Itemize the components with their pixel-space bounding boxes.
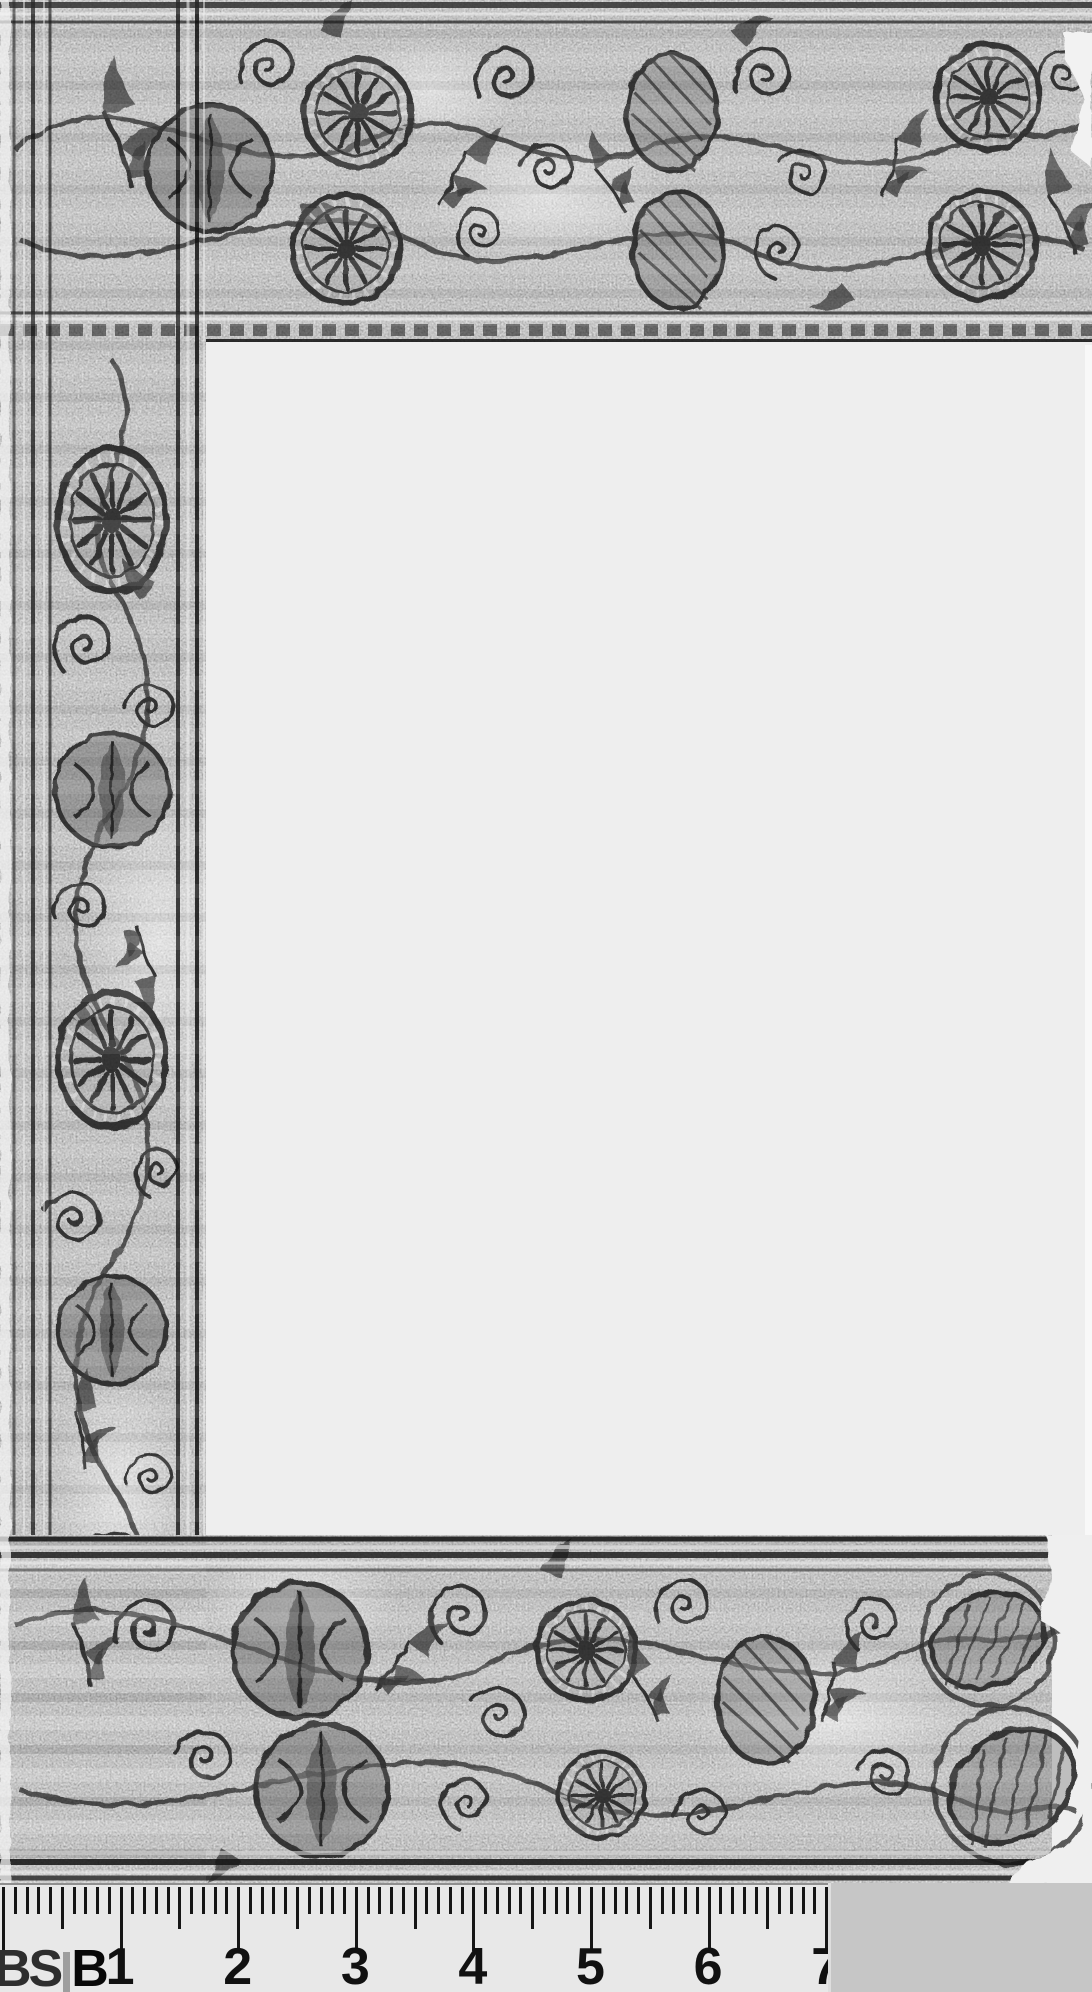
ruler-numbers: 1234567 [0, 1885, 828, 1992]
ruler-number: 3 [341, 1941, 369, 1992]
page-right-edge [1085, 345, 1092, 1535]
blank-page-panel [206, 342, 1092, 1535]
scanner-backdrop [828, 1883, 1092, 1992]
measurement-ruler: BS B 1234567 [0, 1883, 828, 1992]
scanned-page: BS B 1234567 [0, 0, 1092, 1992]
ruler-number: 2 [223, 1941, 251, 1992]
ruler-number: 4 [458, 1941, 486, 1992]
ruler-number: 5 [576, 1941, 604, 1992]
ruler-number: 7 [811, 1941, 828, 1992]
ruler-number: 1 [106, 1941, 134, 1992]
ruler-number: 6 [694, 1941, 722, 1992]
